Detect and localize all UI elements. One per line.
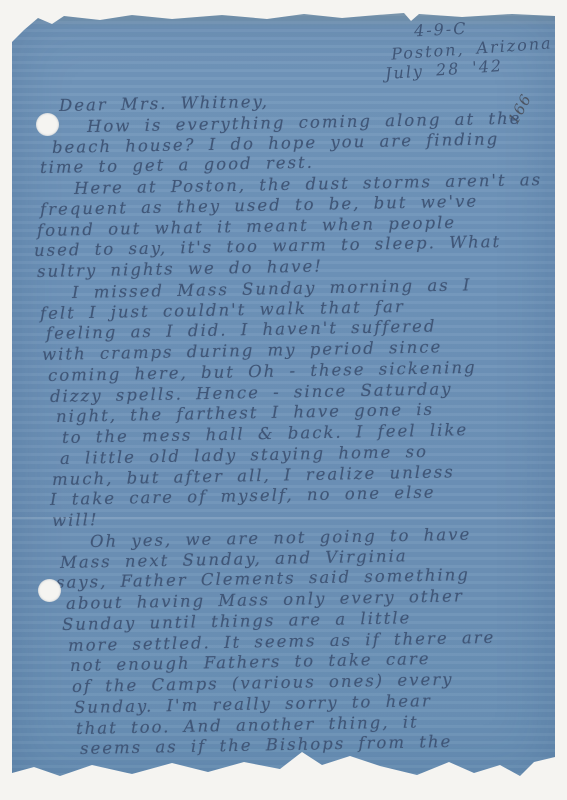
letter-scan: 4-9-C Poston, Arizona July 28 '42 166 De… (0, 0, 567, 800)
paper-crease (12, 517, 555, 519)
handwriting-line: will! (52, 510, 99, 530)
handwriting-line: Dear Mrs. Whitney, (59, 92, 269, 115)
letter-page: 4-9-C Poston, Arizona July 28 '42 166 De… (12, 12, 555, 784)
handwriting-line: time to get a good rest. (40, 153, 314, 177)
handwriting-line: sultry nights we do have! (37, 257, 323, 281)
punch-hole-bottom (38, 579, 61, 602)
block-code: 4-9-C (413, 19, 467, 41)
punch-hole-top (36, 113, 59, 136)
handwriting-line: Oh yes, we are not going to have (90, 524, 472, 550)
